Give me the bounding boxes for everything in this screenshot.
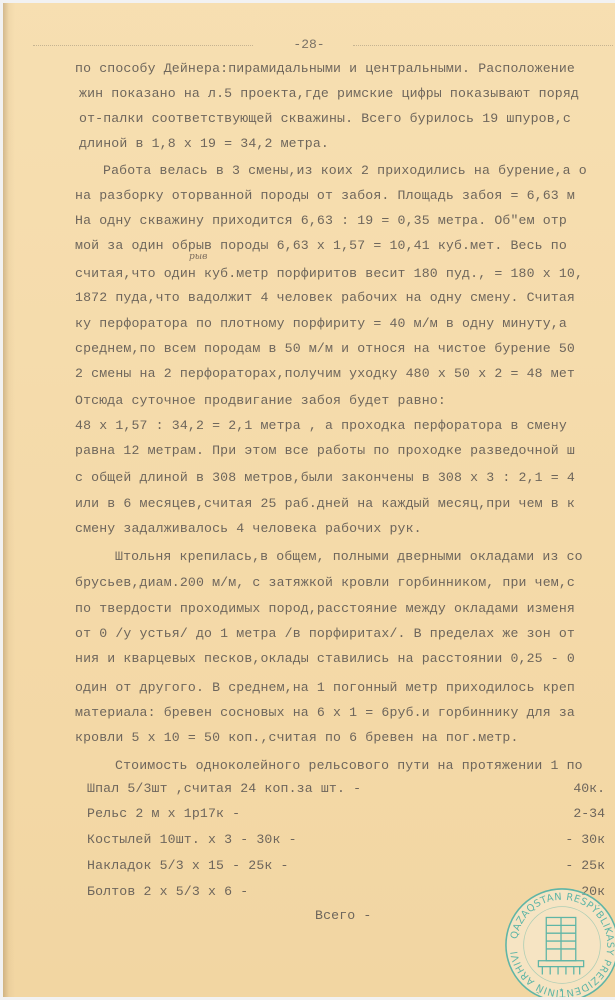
text-line: ку перфоратора по плотному порфириту = 4… xyxy=(75,316,567,331)
cost-item-amount: - 25к xyxy=(565,858,605,873)
text-line: по твердости проходимых пород,расстояние… xyxy=(75,601,575,616)
text-line: с общей длиной в 308 метров,были законче… xyxy=(75,470,575,485)
cost-item-label: Накладок 5/3 х 15 - 25к - xyxy=(87,858,289,873)
text-line: 2 смены на 2 перфораторах,получим уходку… xyxy=(75,366,575,381)
cost-item-label: Костылей 10шт. х 3 - 30к - xyxy=(87,832,297,847)
text-line: от-палки соответствующей скважины. Всего… xyxy=(79,111,571,126)
cost-item-label: Болтов 2 х 5/3 х 6 - xyxy=(87,884,248,899)
cost-item-label: Рельс 2 м х 1р17к - xyxy=(87,806,240,821)
archive-stamp: QAZAQSTAN RESPÝBLIKASY PREZIDENTINIŇ ARH… xyxy=(503,886,615,997)
text-line: жин показано на л.5 проекта,где римские … xyxy=(79,86,579,101)
text-line: длиной в 1,8 х 19 = 34,2 метра. xyxy=(79,136,329,151)
text-line: или в 6 месяцев,считая 25 раб.дней на ка… xyxy=(75,496,575,511)
text-line: ния и кварцевых песков,оклады ставились … xyxy=(75,651,575,666)
text-line: по способу Дейнера:пирамидальными и цент… xyxy=(75,61,575,76)
text-line: Отсюда суточное продвигание забоя будет … xyxy=(75,393,446,408)
text-line: Штольня крепилась,в общем, полными дверн… xyxy=(115,549,583,564)
text-line: равна 12 метрам. При этом все работы по … xyxy=(75,443,575,458)
cost-item-amount: 40к. xyxy=(573,781,605,796)
document-page: -28- по способу Дейнера:пирамидальными и… xyxy=(3,3,615,997)
handwritten-correction: рыв xyxy=(189,252,207,262)
text-line: На одну скважину приходится 6,63 : 19 = … xyxy=(75,213,567,228)
text-line: 1872 пуда,что вадолжит 4 человек рабочих… xyxy=(75,290,575,305)
text-line: брусьев,диам.200 м/м, с затяжкой кровли … xyxy=(75,575,575,590)
text-line: среднем,по всем породам в 50 м/м и относ… xyxy=(75,341,575,356)
text-line: считая,что один куб.метр порфиритов веси… xyxy=(75,266,583,281)
star-icon: ★ xyxy=(559,986,564,995)
cost-item-label: Шпал 5/3шт ,считая 24 коп.за шт. - xyxy=(87,781,361,796)
cost-item-amount: - 30к xyxy=(565,832,605,847)
text-line: на разборку оторванной породы от забоя. … xyxy=(75,188,575,203)
page-number: -28- xyxy=(3,37,615,52)
text-line: материала: бревен сосновых на 6 х 1 = 6р… xyxy=(75,705,575,720)
text-line: Работа велась в 3 смены,из коих 2 приход… xyxy=(103,163,587,178)
text-line: один от другого. В среднем,на 1 погонный… xyxy=(75,680,575,695)
text-line: мой за один обрыв породы 6,63 х 1,57 = 1… xyxy=(75,238,567,253)
text-line: Стоимость одноколейного рельсового пути … xyxy=(115,758,583,773)
text-line: от 0 /у устья/ до 1 метра /в порфиритах/… xyxy=(75,626,575,641)
text-line: кровли 5 х 10 = 50 коп.,считая по 6 брев… xyxy=(75,730,519,745)
text-line: смену задалживалось 4 человека рабочих р… xyxy=(75,521,422,536)
text-line: 48 х 1,57 : 34,2 = 2,1 метра , а проходк… xyxy=(75,418,567,433)
cost-item-amount: 2-34 xyxy=(573,806,605,821)
total-label: Всего - xyxy=(315,908,371,923)
